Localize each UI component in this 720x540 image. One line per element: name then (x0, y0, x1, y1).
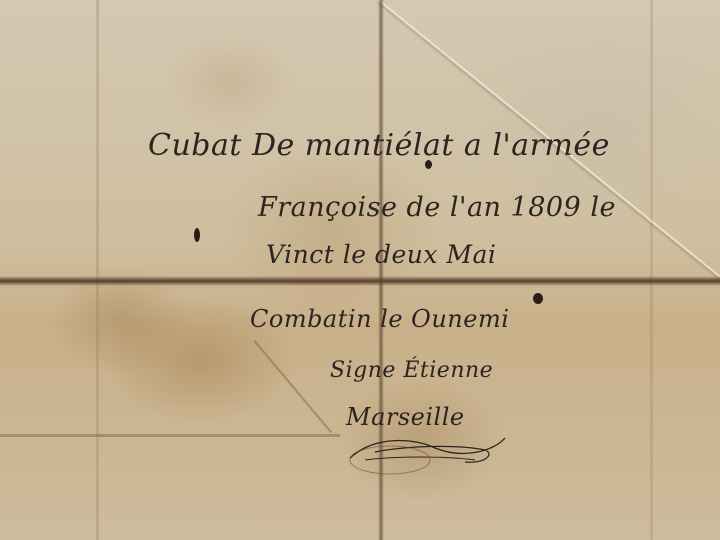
fold-crease-right (650, 0, 653, 540)
ink-blot (194, 228, 200, 242)
document-photo: Cubat De mantiélat a l'armée Françoise d… (0, 0, 720, 540)
fold-crease-horizontal (0, 276, 720, 286)
fold-crease-lower (0, 434, 340, 437)
manuscript-line-1: Cubat De mantiélat a l'armée (148, 128, 610, 163)
manuscript-line-4: Combatin le Ounemi (250, 305, 509, 333)
manuscript-line-6-place: Marseille (346, 403, 465, 431)
manuscript-line-3: Vinct le deux Mai (266, 240, 496, 269)
manuscript-line-2: Françoise de l'an 1809 le (258, 192, 616, 223)
signature-flourish-icon (345, 430, 515, 480)
manuscript-line-5-signature: Signe Étienne (330, 358, 493, 383)
fold-crease-left (96, 0, 99, 540)
ink-blot (533, 293, 543, 304)
fold-crease-diagonal-lower (253, 340, 332, 433)
